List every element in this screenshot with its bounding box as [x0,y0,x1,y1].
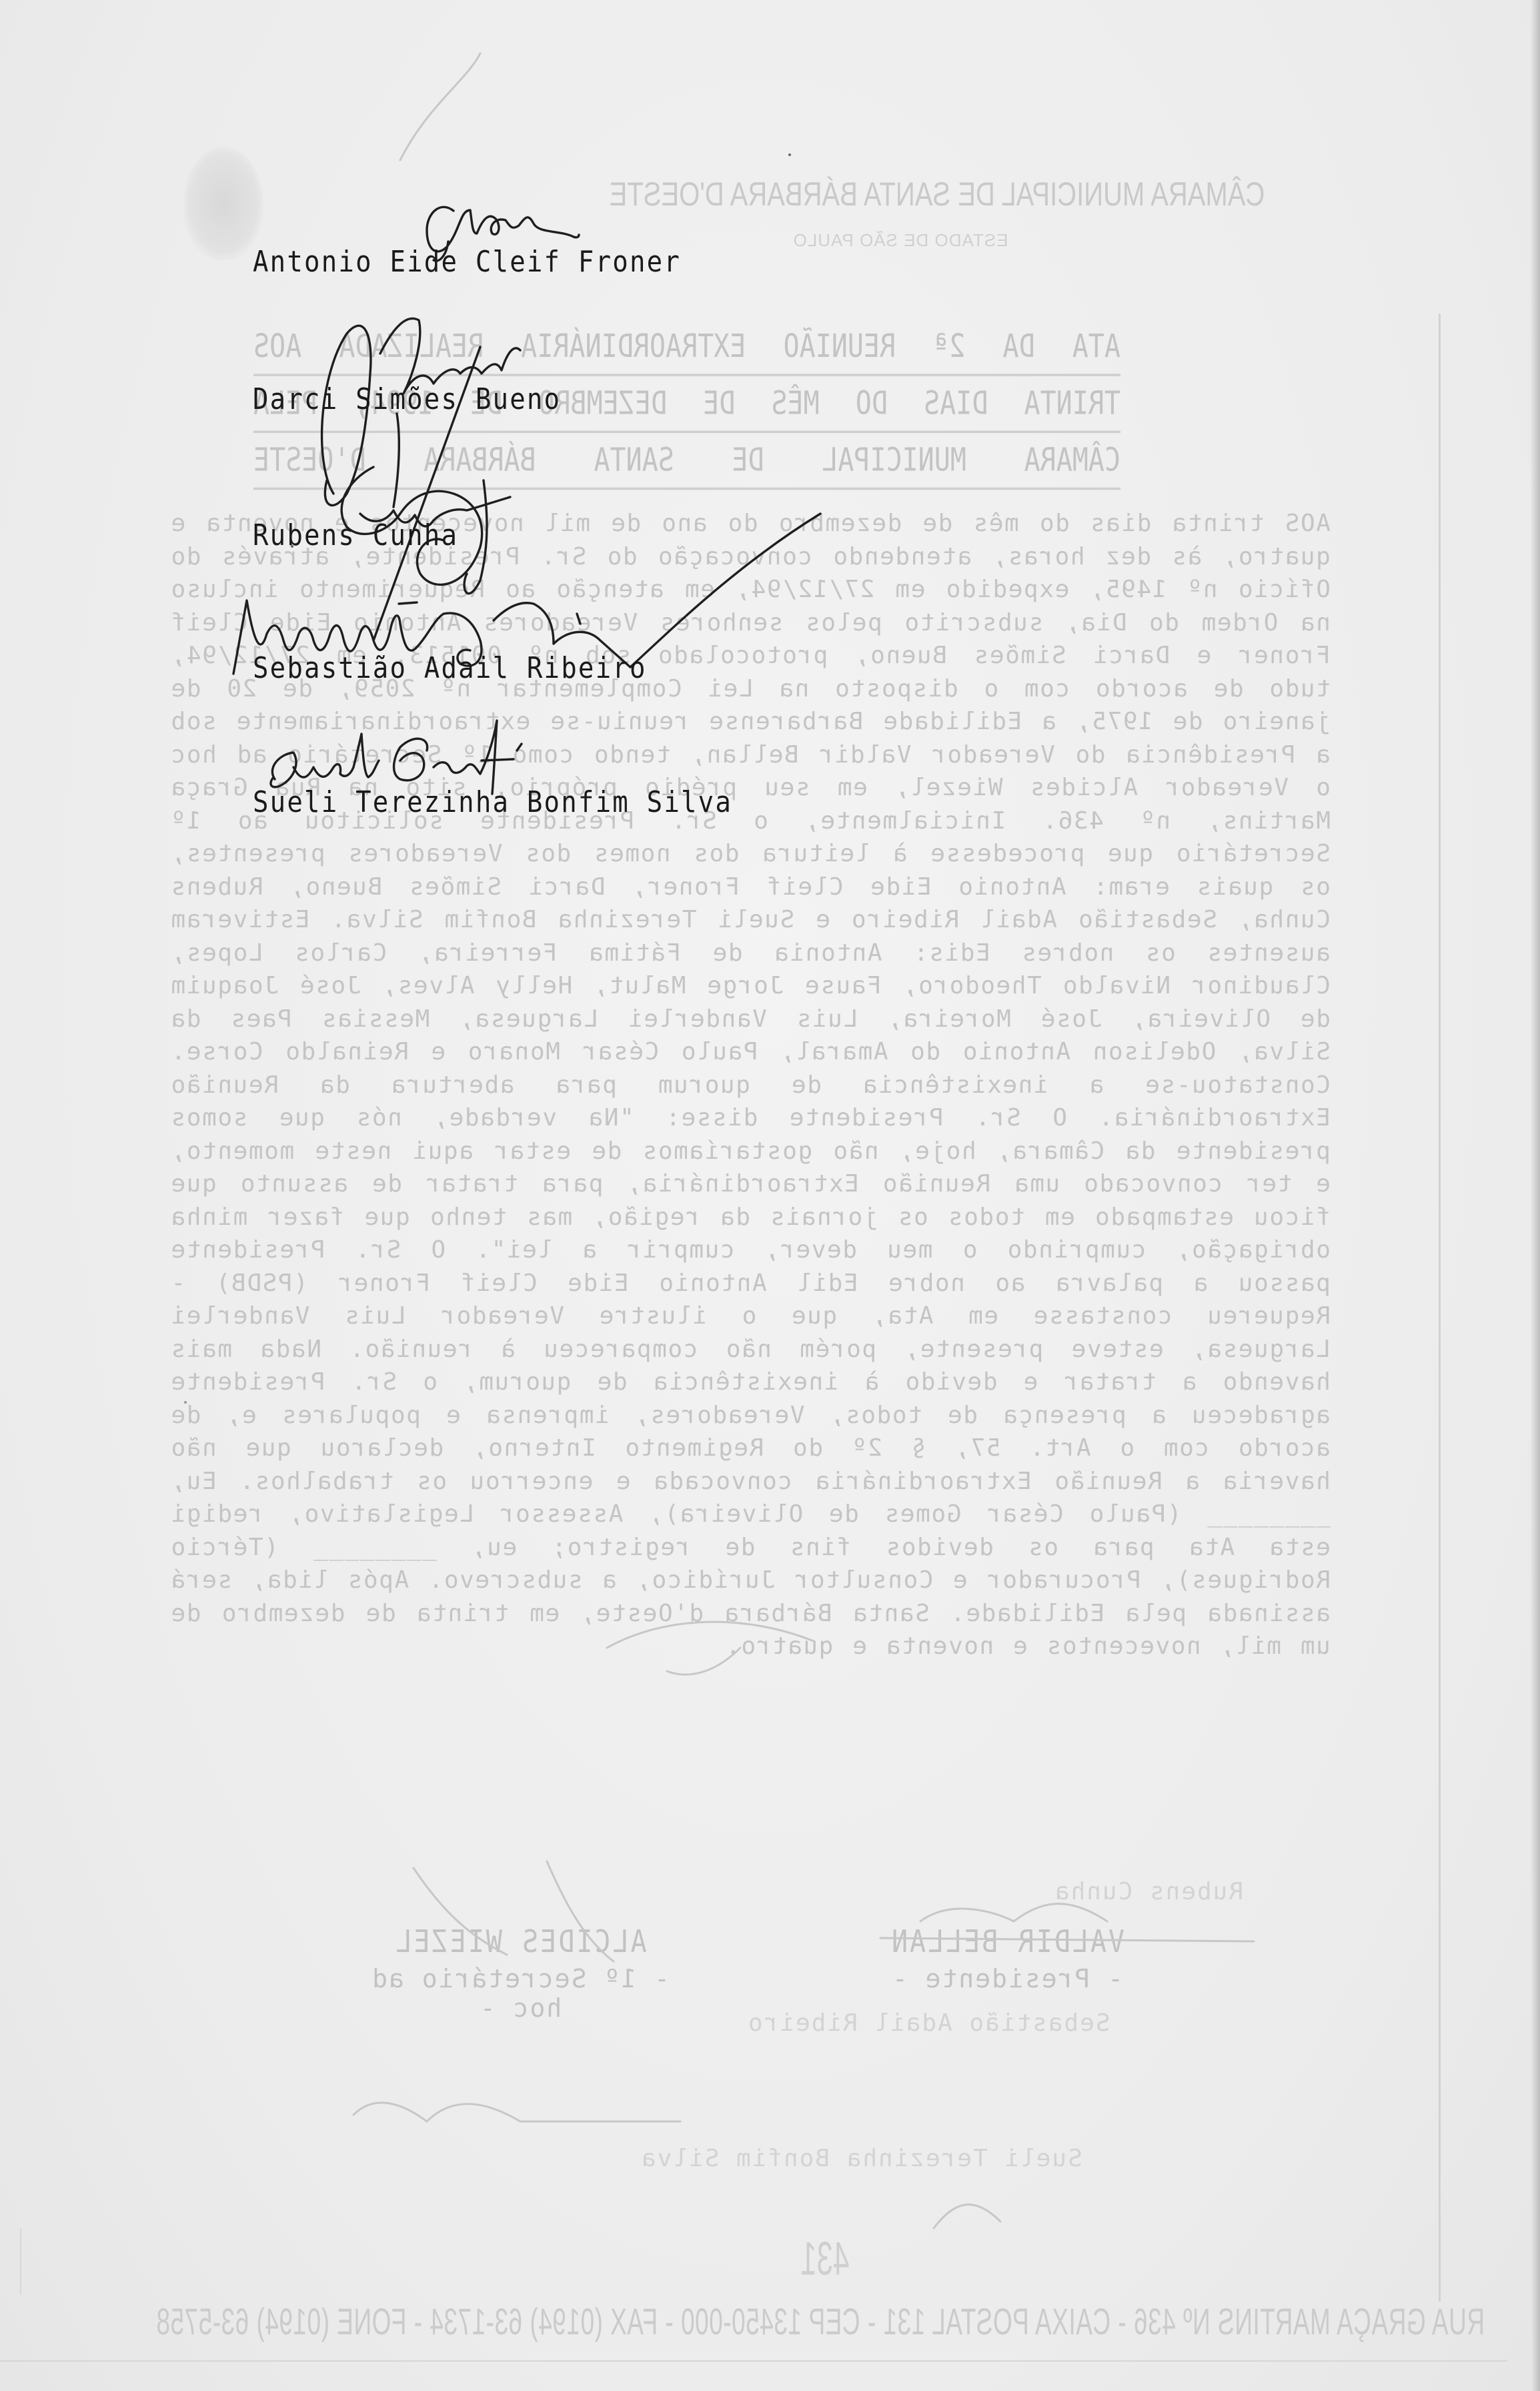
signatory-name-ribeiro: Sebastião Adail Ribeiro [253,652,647,685]
scanned-page [0,0,1540,2391]
scan-speck [291,545,293,548]
page-frame-line [20,2228,21,2295]
signatory-name-bueno: Darci Simões Bueno [253,383,561,416]
signatory-name-bonfim: Sueli Terezinha Bonfim Silva [253,786,732,819]
signatory-name-froner: Antonio Eide Cleif Froner [253,246,681,279]
page-frame-line [0,2360,1507,2362]
scan-speck [184,1401,187,1404]
scanner-edge-shadow [1531,0,1540,2391]
signatory-name-cunha: Rubens Cunha [253,519,458,552]
page-frame-line [1439,314,1441,2302]
scan-speck [788,153,791,156]
